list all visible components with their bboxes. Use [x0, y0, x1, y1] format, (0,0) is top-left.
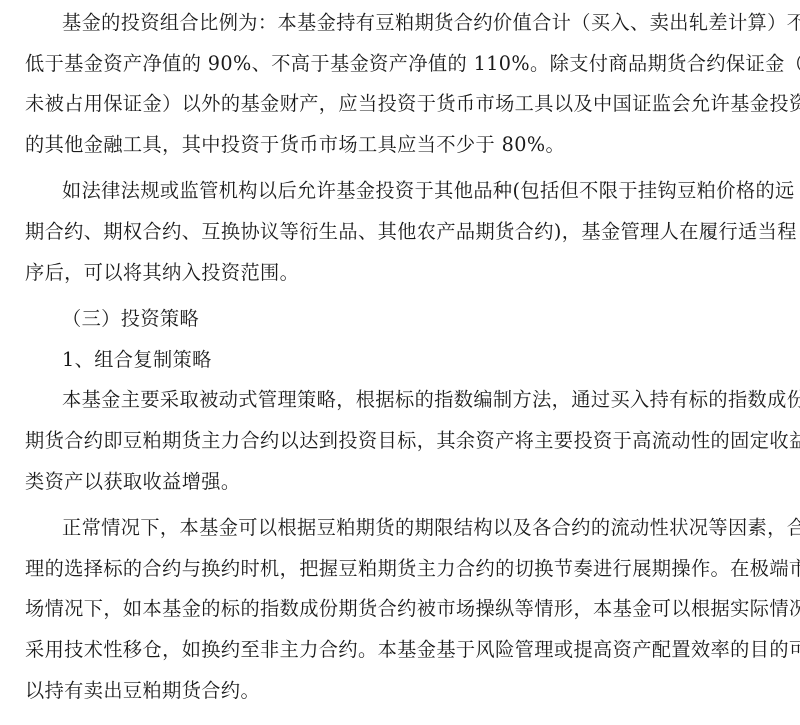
- text-line: 未被占用保证金）以外的基金财产，应当投资于货币市场工具以及中国证监会允许基金投资: [25, 84, 775, 125]
- text-line: 序后，可以将其纳入投资范围。: [25, 253, 775, 294]
- text-line: 采用技术性移仓，如换约至非主力合约。本基金基于风险管理或提高资产配置效率的目的可: [25, 630, 775, 671]
- text-line: 本基金主要采取被动式管理策略，根据标的指数编制方法，通过买入持有标的指数成份: [25, 380, 775, 421]
- text-line: 基金的投资组合比例为：本基金持有豆粕期货合约价值合计（买入、卖出轧差计算）不: [25, 3, 775, 44]
- paragraph-investment-ratio: 基金的投资组合比例为：本基金持有豆粕期货合约价值合计（买入、卖出轧差计算）不 低…: [25, 3, 775, 165]
- text-line: 场情况下，如本基金的标的指数成份期货合约被市场操纵等情形，本基金可以根据实际情况: [25, 589, 775, 630]
- text-line: 如法律法规或监管机构以后允许基金投资于其他品种(包括但不限于挂钩豆粕价格的远: [25, 171, 775, 212]
- text-line: 低于基金资产净值的 90%、不高于基金资产净值的 110%。除支付商品期货合约保…: [25, 44, 775, 85]
- section-heading: （三）投资策略: [25, 299, 775, 340]
- subsection-heading: 1、组合复制策略: [25, 340, 775, 381]
- text-line: 理的选择标的合约与换约时机，把握豆粕期货主力合约的切换节奏进行展期操作。在极端市: [25, 549, 775, 590]
- paragraph-other-varieties: 如法律法规或监管机构以后允许基金投资于其他品种(包括但不限于挂钩豆粕价格的远 期…: [25, 171, 775, 293]
- text-line: 以持有卖出豆粕期货合约。: [25, 671, 775, 712]
- paragraph-roll-operations: 正常情况下，本基金可以根据豆粕期货的期限结构以及各合约的流动性状况等因素，合 理…: [25, 508, 775, 711]
- document-page: 基金的投资组合比例为：本基金持有豆粕期货合约价值合计（买入、卖出轧差计算）不 低…: [25, 3, 775, 711]
- text-line: 期合约、期权合约、互换协议等衍生品、其他农产品期货合约)，基金管理人在履行适当程: [25, 212, 775, 253]
- text-line: 类资产以获取收益增强。: [25, 462, 775, 503]
- text-line: 期货合约即豆粕期货主力合约以达到投资目标，其余资产将主要投资于高流动性的固定收益: [25, 421, 775, 462]
- paragraph-passive-management: 本基金主要采取被动式管理策略，根据标的指数编制方法，通过买入持有标的指数成份 期…: [25, 380, 775, 502]
- text-line: 的其他金融工具，其中投资于货币市场工具应当不少于 80%。: [25, 125, 775, 166]
- text-line: 正常情况下，本基金可以根据豆粕期货的期限结构以及各合约的流动性状况等因素，合: [25, 508, 775, 549]
